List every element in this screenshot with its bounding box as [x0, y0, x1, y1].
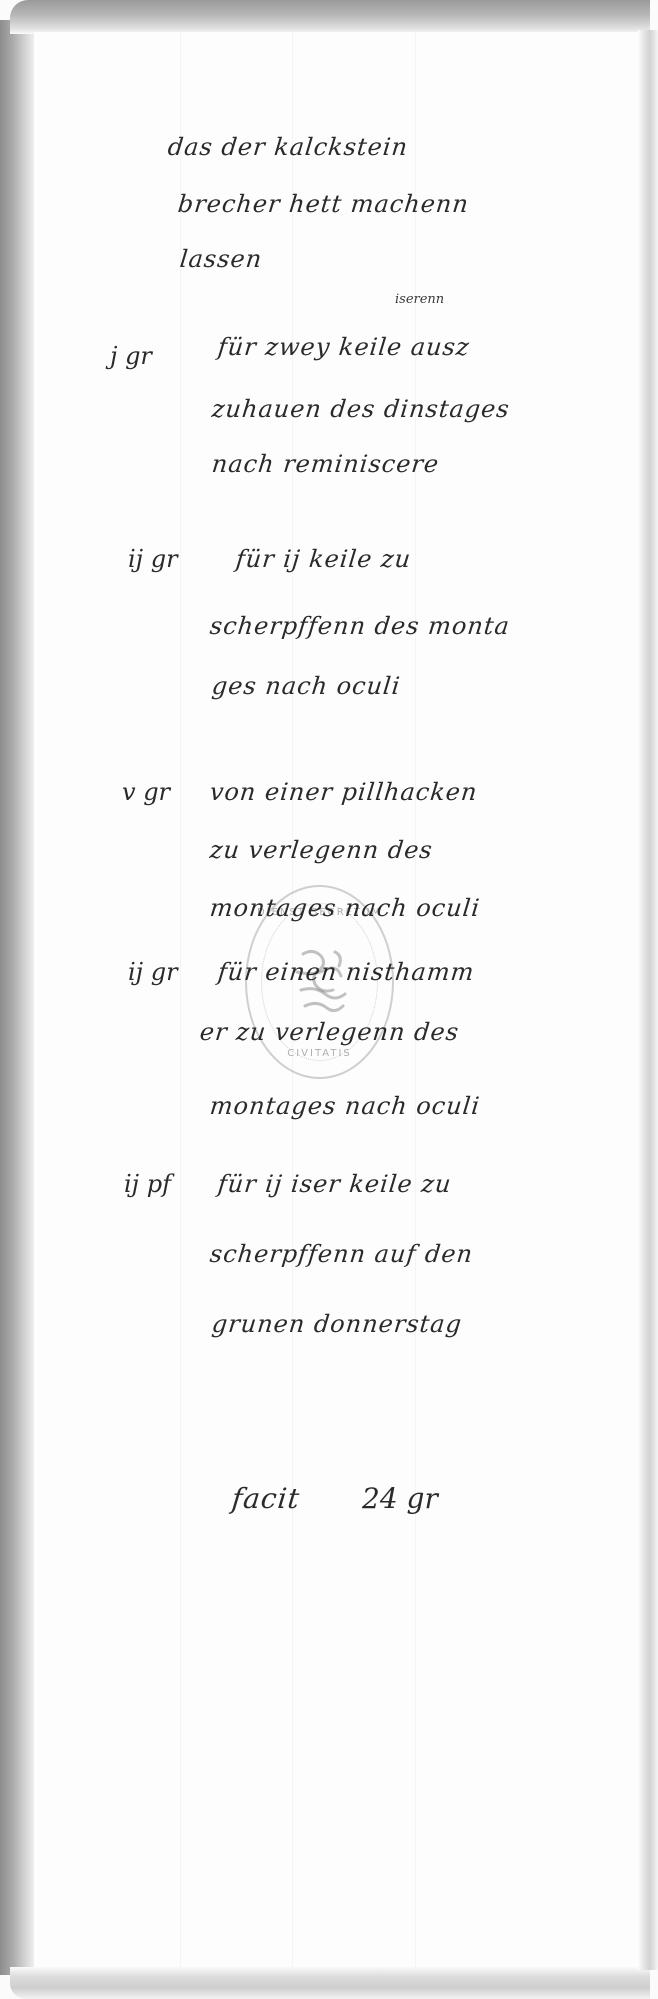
- entry-4-line-3: montages nach oculi: [209, 1092, 482, 1120]
- entry-4-line-2: er zu verlegenn des: [199, 1018, 461, 1046]
- entry-4-amount: ij gr: [128, 958, 178, 986]
- entry-3-amount: v gr: [122, 778, 170, 806]
- entry-4-line-1: für einen nisthamm: [217, 958, 476, 986]
- entry-1-line-1: für zwey keile ausz: [217, 333, 472, 361]
- page-edge-top: [10, 0, 650, 34]
- entry-1-amount: j gr: [110, 342, 152, 370]
- entry-2-line-2: scherpffenn des monta: [209, 612, 512, 640]
- entry-1-line-2: zuhauen des dinstages: [211, 395, 512, 423]
- heading-line-2: brecher hett machenn: [177, 190, 471, 218]
- total-label: facit: [230, 1482, 301, 1515]
- page-edge-right: [638, 30, 658, 1970]
- stamp-text-bottom: CIVITATIS: [247, 1048, 392, 1059]
- heading-line-3: lassen: [179, 245, 264, 273]
- heading-line-1: das der kalckstein: [167, 133, 410, 161]
- page-edge-bottom: [10, 1967, 650, 1999]
- entry-2-line-3: ges nach oculi: [211, 672, 402, 700]
- entry-5-line-2: scherpffenn auf den: [209, 1240, 475, 1268]
- entry-5-line-1: für ij iser keile zu: [217, 1170, 453, 1198]
- entry-5-amount: ij pf: [124, 1170, 171, 1198]
- total-value: 24 gr: [362, 1482, 438, 1515]
- entry-2-line-1: für ij keile zu: [235, 545, 413, 573]
- entry-1-interlinear: iserenn: [395, 292, 444, 307]
- entry-3-line-1: von einer pillhacken: [209, 778, 479, 806]
- entry-1-line-3: nach reminiscere: [211, 450, 441, 478]
- entry-3-line-3: montages nach oculi: [209, 894, 482, 922]
- page-edge-left: [0, 20, 34, 1975]
- entry-3-line-2: zu verlegenn des: [209, 836, 435, 864]
- entry-2-amount: ij gr: [128, 545, 178, 573]
- entry-5-line-3: grunen donnerstag: [211, 1310, 464, 1338]
- paper-crease: [180, 32, 181, 1967]
- paper-crease: [415, 32, 416, 1967]
